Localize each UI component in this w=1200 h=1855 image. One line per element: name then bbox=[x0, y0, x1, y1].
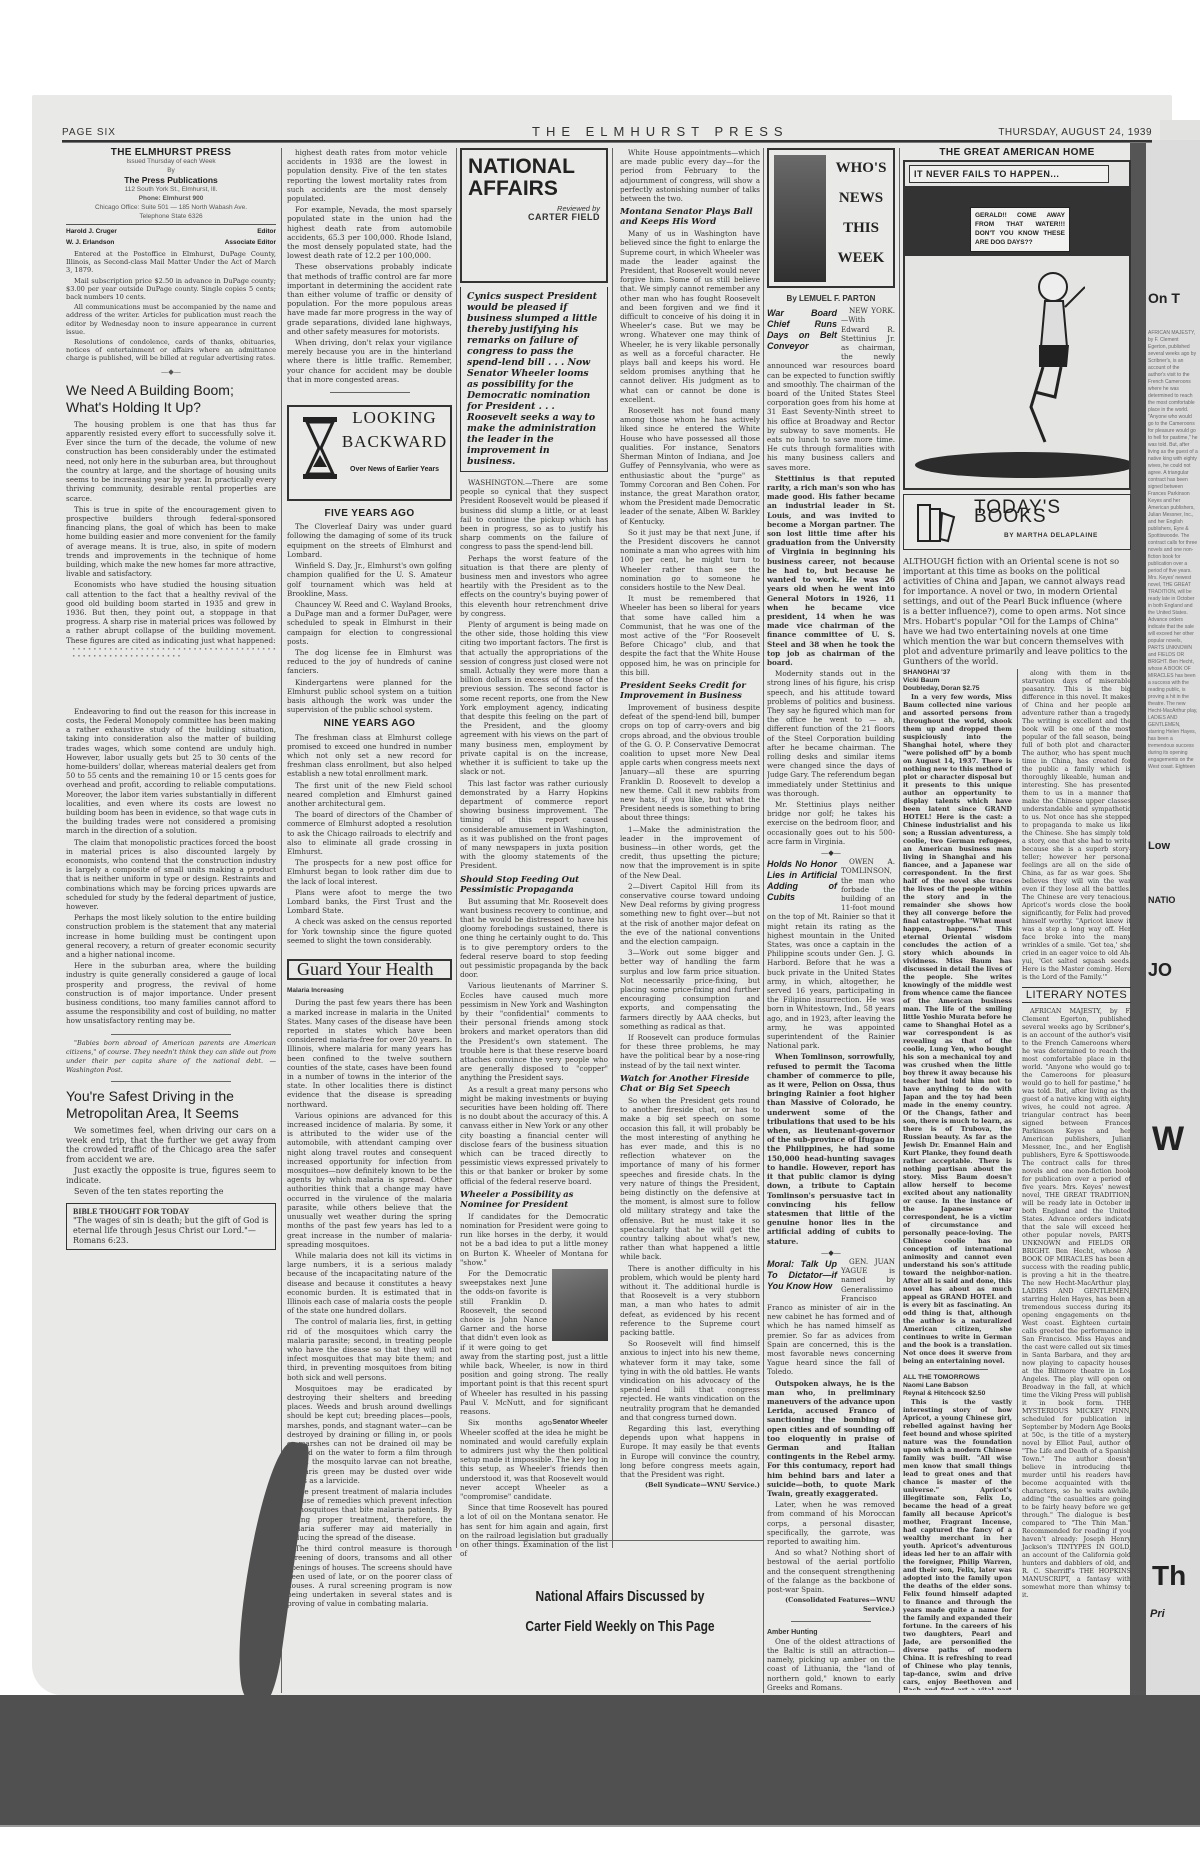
paragraph: Economists who have studied the housing … bbox=[66, 580, 276, 644]
divider bbox=[111, 1034, 231, 1035]
bible-thought-quote: "The wages of sin is death; but the gift… bbox=[73, 1216, 269, 1246]
ornament-divider: —◆— bbox=[767, 848, 895, 857]
paragraph: This is true in spite of the encourageme… bbox=[66, 505, 276, 579]
paragraph: These observations probably indicate tha… bbox=[287, 262, 452, 336]
notice: Resolutions of condolence, cards of than… bbox=[66, 338, 276, 363]
water-puddle bbox=[915, 452, 1131, 478]
binding-fold bbox=[1130, 140, 1146, 1700]
senator-wheeler-photo bbox=[552, 1269, 608, 1341]
paragraph: If Roosevelt can produce formulas for th… bbox=[620, 1033, 760, 1070]
side-headline: War Board Chief Runs Days on Belt Convey… bbox=[767, 308, 837, 352]
subhead: Should Stop Feeding Out Pessimistic Prop… bbox=[460, 875, 608, 895]
history-item: The first unit of the new Field school n… bbox=[287, 781, 452, 809]
divider bbox=[330, 392, 410, 393]
paragraph: Perhaps the most likely solution to the … bbox=[66, 913, 276, 959]
paragraph: Six months ago Wheeler scoffed at the id… bbox=[460, 1418, 608, 1501]
column-whos-news: WHO'S NEWS THIS WEEK By LEMUEL F. PARTON… bbox=[767, 148, 895, 1690]
paragraph: For example, Nevada, the most sparsely p… bbox=[287, 205, 452, 260]
paragraph: But assuming that Mr. Roosevelt does wan… bbox=[460, 897, 608, 980]
paragraph: Various opinions are advanced for this i… bbox=[287, 1111, 452, 1249]
author-name: CARTER FIELD bbox=[468, 213, 600, 222]
paragraph: There is another difficulty in his probl… bbox=[620, 1264, 760, 1338]
book-publisher: Reynal & Hitchcock $2.50 bbox=[903, 1390, 1012, 1398]
syndicate-credit: (Bell Syndicate—WNU Service.) bbox=[620, 1481, 760, 1490]
books-icon bbox=[914, 501, 958, 545]
history-item: The prospects for a new post office for … bbox=[287, 858, 452, 886]
paragraph: When Tomlinson, sorrowfully, refused to … bbox=[767, 1052, 895, 1245]
five-years-heading: FIVE YEARS AGO bbox=[287, 509, 452, 518]
paragraph: WASHINGTON.—There are some people so cyn… bbox=[460, 478, 608, 552]
headline-safest-driving: You're Safest Driving in the Metropolita… bbox=[66, 1088, 276, 1122]
paragraph: The claim that monopolistic practices fo… bbox=[66, 838, 276, 912]
image-bottom-margin bbox=[0, 1825, 1200, 1855]
staff-role: Editor bbox=[257, 227, 276, 236]
history-item: Kindergartens were planned for the Elmhu… bbox=[287, 678, 452, 715]
paragraph: Improvement of business despite defeat o… bbox=[620, 703, 760, 823]
history-item: Plans were afoot to merge the two Lombar… bbox=[287, 888, 452, 916]
paragraph: During the past few years there has been… bbox=[287, 998, 452, 1108]
book-publisher: Doubleday, Doran $2.75 bbox=[903, 685, 1012, 693]
paragraph: When driving, don't relax your vigilance… bbox=[287, 338, 452, 384]
paragraph: Roosevelt has not found many among those… bbox=[620, 406, 760, 526]
quote-note: "Babies born abroad of American parents … bbox=[66, 1039, 276, 1076]
national-affairs-footer: National Affairs Discussed by Carter Fie… bbox=[508, 1582, 732, 1642]
history-item: Chauncey W. Reed and C. Wayland Brooks, … bbox=[287, 600, 452, 646]
paragraph: 1—Make the administration the leader in … bbox=[620, 825, 760, 880]
guard-your-health-banner: Guard Your Health bbox=[287, 959, 452, 980]
divider bbox=[478, 1540, 763, 1541]
staff-row: Harold J. CrugerEditor bbox=[66, 224, 276, 236]
literary-notes-text: AFRICAN MAJESTY, by F. Clement Egerton, … bbox=[1022, 1007, 1131, 1599]
paragraph: So it just may be that next June, if the… bbox=[620, 528, 760, 592]
subhead: President Seeks Credit for Improvement i… bbox=[620, 681, 760, 701]
publisher-box: THE ELMHURST PRESS Issued Thursday of ea… bbox=[66, 148, 276, 222]
book-review: In a very few words, Miss Baum collected… bbox=[903, 693, 1012, 1365]
national-affairs-summary: Cynics suspect President would be please… bbox=[460, 287, 608, 472]
todays-books-title: TODAY'S BOOKS bbox=[974, 503, 1130, 521]
looking-backward-title-1: LOOKING bbox=[337, 413, 452, 422]
national-affairs-banner: NATIONAL AFFAIRS Reviewed by CARTER FIEL… bbox=[460, 148, 608, 283]
todays-books-byline: BY MARTHA DELAPLAINE bbox=[1004, 531, 1098, 540]
chicago-office: Chicago Office: Suite 501 — 185 North Wa… bbox=[66, 203, 276, 212]
history-item: The freshman class at Elmhurst college p… bbox=[287, 733, 452, 779]
notice: Entered at the Postoffice in Elmhurst, D… bbox=[66, 250, 276, 275]
paragraph: So when the President gets round to anot… bbox=[620, 1096, 760, 1262]
whos-news-word: WEEK bbox=[829, 254, 893, 263]
paragraph: Various lieutenants of Marriner S. Eccle… bbox=[460, 981, 608, 1082]
hourglass-icon bbox=[301, 417, 339, 479]
notice: Mail subscription price $2.50 in advance… bbox=[66, 277, 276, 302]
portrait-photo bbox=[774, 155, 826, 282]
paragraph: Endeavoring to find out the reason for t… bbox=[66, 707, 276, 836]
column-divider bbox=[612, 148, 613, 1548]
paragraph: And so what? Nothing short of bestowal o… bbox=[767, 1548, 895, 1594]
paragraph: 3—Work out some bigger and better way of… bbox=[620, 948, 760, 1031]
paragraph: Since that time Roosevelt has poured a l… bbox=[460, 1503, 608, 1558]
paragraph: Regarding this last, everything depends … bbox=[620, 1424, 760, 1479]
column-divider bbox=[899, 148, 900, 1693]
paragraph: Plenty of argument is being made on the … bbox=[460, 620, 608, 776]
staff-name: Harold J. Cruger bbox=[66, 227, 117, 236]
malaria-subhead: Malaria Increasing bbox=[287, 986, 452, 995]
adjacent-fragment: JO bbox=[1148, 960, 1172, 981]
paragraph: Modernity stands out in the strong lines… bbox=[767, 669, 895, 798]
column-books: THE GREAT AMERICAN HOME IT NEVER FAILS T… bbox=[903, 148, 1131, 1690]
figures-list: • • • • • • • • • • • • • • • • • • • • … bbox=[66, 647, 276, 707]
looking-backward-subtitle: Over News of Earlier Years bbox=[337, 465, 452, 474]
adjacent-fragment: Low bbox=[1148, 840, 1170, 852]
book-author: Vicki Baum bbox=[903, 677, 1012, 685]
column-national-affairs-cont: White House appointments—which are made … bbox=[620, 148, 760, 1490]
syndicate-credit: (Consolidated Features—WNU Service.) bbox=[767, 1596, 895, 1614]
staff-name: W. J. Erlandson bbox=[66, 238, 114, 247]
paragraph: As a result a great many persons who mig… bbox=[460, 1085, 608, 1186]
masthead-rule bbox=[62, 140, 1152, 143]
paragraph: highest death rates from motor vehicle a… bbox=[287, 148, 447, 203]
divider bbox=[111, 1081, 231, 1082]
adjacent-fragment: On T bbox=[1148, 290, 1180, 306]
paragraph: So Roosevelt will find himself anxious t… bbox=[620, 1339, 760, 1422]
paragraph: Seven of the ten states reporting the bbox=[66, 1187, 276, 1197]
paragraph: Mr. Stettinius plays neither bridge nor … bbox=[767, 800, 895, 846]
bible-thought-box: BIBLE THOUGHT FOR TODAY "The wages of si… bbox=[66, 1203, 276, 1250]
literary-notes-banner: LITERARY NOTES bbox=[1022, 987, 1131, 1003]
subhead: Wheeler a Possibility as Nominee for Pre… bbox=[460, 1190, 608, 1210]
byline: By LEMUEL F. PARTON bbox=[767, 294, 895, 303]
publisher-phone: Phone: Elmhurst 900 bbox=[66, 194, 276, 203]
amber-hunting-heading: Amber Hunting bbox=[767, 1628, 895, 1637]
paragraph: Later, when he was removed from command … bbox=[767, 1500, 895, 1546]
history-item: The Cloverleaf Dairy was under guard fol… bbox=[287, 522, 452, 559]
column-national-affairs: NATIONAL AFFAIRS Reviewed by CARTER FIEL… bbox=[460, 148, 608, 1560]
paragraph: The third control measure is thorough sc… bbox=[287, 1544, 452, 1608]
whos-news-word: WHO'S bbox=[829, 164, 893, 173]
books-subcolumns: SHANGHAI '37 Vicki Baum Doubleday, Doran… bbox=[903, 669, 1131, 1690]
comic-title: THE GREAT AMERICAN HOME bbox=[903, 148, 1131, 157]
footer-line-2: Carter Field Weekly on This Page bbox=[508, 1612, 732, 1642]
adjacent-fragment: NATIO bbox=[1148, 895, 1175, 905]
history-item: The dog license fee in Elmhurst was redu… bbox=[287, 648, 452, 676]
adjacent-fragment: Pri bbox=[1150, 1608, 1165, 1620]
paragraph: This last factor was rather curiously de… bbox=[460, 779, 608, 871]
adjacent-fragment: Th bbox=[1152, 1560, 1186, 1592]
paragraph: Outspoken always, he is the man who, in … bbox=[767, 1379, 895, 1499]
history-item: The board of directors of the Chamber of… bbox=[287, 810, 452, 856]
national-affairs-title-2: AFFAIRS bbox=[468, 178, 600, 200]
paragraph: While malaria does not kill its victims … bbox=[287, 1251, 452, 1315]
adjacent-page-fragment: On T AFRICAN MAJESTY, by F. Clement Eger… bbox=[1146, 140, 1200, 1700]
telephone: Telephone State 6326 bbox=[66, 212, 276, 221]
books-subcolumn-right: along with them in the starvation days o… bbox=[1017, 669, 1131, 1690]
notice: All communications must be accompanied b… bbox=[66, 303, 276, 336]
book-review-cont: along with them in the starvation days o… bbox=[1022, 669, 1131, 981]
looking-backward-banner: LOOKING BACKWARD Over News of Earlier Ye… bbox=[287, 405, 452, 501]
ornament-divider: —◆— bbox=[767, 1248, 895, 1257]
subhead: Montana Senator Plays Ball and Keeps His… bbox=[620, 207, 760, 227]
headline-building-boom: We Need A Building Boom; What's Holding … bbox=[66, 382, 276, 416]
book-title: SHANGHAI '37 bbox=[903, 669, 1012, 677]
whos-news-banner: WHO'S NEWS THIS WEEK bbox=[767, 148, 895, 288]
side-headline: Moral: Talk Up To Dictator—if You Know H… bbox=[767, 1259, 837, 1292]
footer-line-1: National Affairs Discussed by bbox=[508, 1582, 732, 1612]
paragraph: Many of us in Washington have believed s… bbox=[620, 229, 760, 404]
paragraph: One of the oldest attractions of the Bal… bbox=[767, 1637, 895, 1690]
paragraph: We sometimes feel, when driving our cars… bbox=[66, 1126, 276, 1164]
todays-books-banner: TODAY'S BOOKS BY MARTHA DELAPLAINE bbox=[903, 494, 1131, 550]
whos-news-word: NEWS bbox=[829, 194, 893, 203]
paragraph: Here in the suburban area, where the bui… bbox=[66, 961, 276, 1025]
book-review: This is the vastly interesting story of … bbox=[903, 1398, 1012, 1690]
adjacent-text: AFRICAN MAJESTY, by F. Clement Egerton, … bbox=[1148, 330, 1198, 770]
column-editorial: THE ELMHURST PRESS Issued Thursday of ea… bbox=[66, 148, 276, 1250]
staff-role: Associate Editor bbox=[225, 238, 276, 247]
book-title: ALL THE TOMORROWS bbox=[903, 1374, 1012, 1382]
books-subcolumn-left: SHANGHAI '37 Vicki Baum Doubleday, Doran… bbox=[903, 669, 1012, 1690]
paragraph: If candidates for the Democratic nominat… bbox=[460, 1212, 608, 1267]
paragraph: White House appointments—which are made … bbox=[620, 148, 760, 203]
whos-news-word: THIS bbox=[829, 224, 893, 233]
comic-caption: IT NEVER FAILS TO HAPPEN... bbox=[909, 165, 1109, 183]
books-lead-paragraph: ALTHOUGH fiction with an Oriental scene … bbox=[903, 556, 1131, 666]
paragraph: The housing problem is one that has thus… bbox=[66, 420, 276, 503]
publisher-box-title: THE ELMHURST PRESS bbox=[66, 148, 276, 157]
looking-backward-title-2: BACKWARD bbox=[337, 437, 452, 446]
bible-thought-title: BIBLE THOUGHT FOR TODAY bbox=[73, 1207, 269, 1216]
paragraph: The control of malaria lies, first, in g… bbox=[287, 1317, 452, 1381]
page-number: PAGE SIX bbox=[62, 127, 116, 138]
publisher-name: The Press Publications bbox=[66, 176, 276, 185]
side-headline: Holds No Honor Lies in Artificial Adding… bbox=[767, 859, 837, 903]
column-divider bbox=[456, 148, 457, 1548]
paragraph: Mosquitoes may be eradicated by destroyi… bbox=[287, 1384, 452, 1485]
publisher-address: 112 South York St., Elmhurst, Ill. bbox=[66, 185, 276, 194]
paragraph: Just exactly the opposite is true, figur… bbox=[66, 1166, 276, 1185]
staff-row: W. J. ErlandsonAssociate Editor bbox=[66, 236, 276, 247]
history-item: Winfield S. Day, Jr., Elmhurst's own gol… bbox=[287, 561, 452, 598]
photo-caption: Senator Wheeler bbox=[552, 1418, 608, 1427]
divider bbox=[791, 1621, 871, 1622]
history-item: A check was asked on the census reported… bbox=[287, 917, 452, 945]
adjacent-fragment: W bbox=[1152, 1120, 1184, 1159]
comic-panel: IT NEVER FAILS TO HAPPEN... GERALD!! COM… bbox=[903, 160, 1131, 490]
paragraph: Perhaps the worst feature of the situati… bbox=[460, 554, 608, 618]
boy-figure-icon bbox=[1015, 267, 1085, 447]
nine-years-heading: NINE YEARS AGO bbox=[287, 719, 452, 728]
book-author: Naomi Lane Babson bbox=[903, 1382, 1012, 1390]
newspaper-title: THE ELMHURST PRESS bbox=[532, 124, 789, 139]
books-lead-text: ALTHOUGH fiction with an Oriental scene … bbox=[903, 556, 1128, 666]
speech-bubble: GERALD!! COME AWAY FROM THAT WATER!!! DO… bbox=[970, 207, 1070, 252]
issue-date: THURSDAY, AUGUST 24, 1939 bbox=[998, 127, 1152, 138]
column-divider bbox=[763, 148, 764, 1693]
paragraph: 2—Divert Capitol Hill from its conservat… bbox=[620, 882, 760, 946]
divider bbox=[928, 1369, 988, 1370]
paragraph: It must be remembered that Wheeler has b… bbox=[620, 594, 760, 677]
subhead: Watch for Another Fireside Chat or Big S… bbox=[620, 1074, 760, 1094]
ornament-divider: —◆— bbox=[66, 367, 276, 376]
issued-line: Issued Thursday of each Week bbox=[66, 157, 276, 166]
paragraph: Stettinius is that reputed rarity, a ric… bbox=[767, 474, 895, 667]
national-affairs-title-1: NATIONAL bbox=[468, 156, 600, 178]
paragraph: The present treatment of malaria include… bbox=[287, 1487, 452, 1542]
